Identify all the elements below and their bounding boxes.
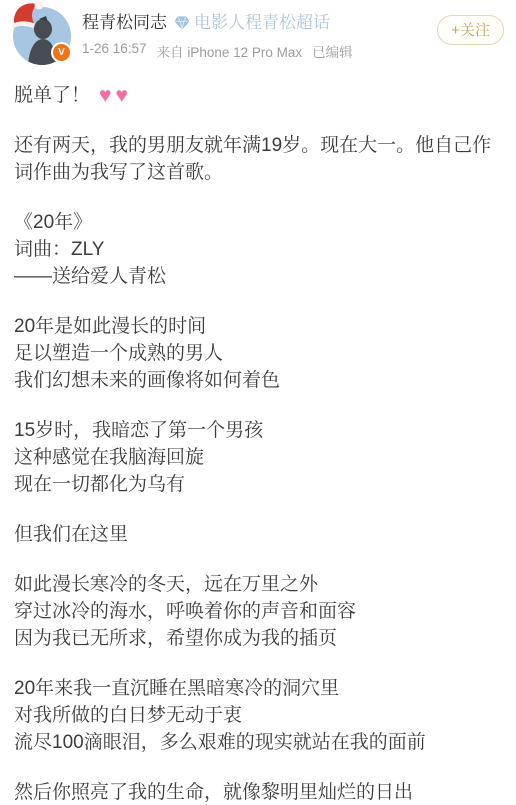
- verified-badge-icon: V: [51, 42, 72, 63]
- avatar[interactable]: V: [12, 6, 72, 66]
- post-header: V 程青松同志 电影人程青松超话 1-26 16:57 来自 iPhone 12…: [0, 0, 516, 70]
- post-paragraphs: 还有两天，我的男朋友就年满19岁。现在大一。他自己作词作曲为我写了这首歌。《20…: [14, 132, 502, 805]
- timestamp: 1-26 16:57: [82, 41, 147, 61]
- post-paragraph: 20年来我一直沉睡在黑暗寒冷的洞穴里 对我所做的白日梦无动于衷 流尽100滴眼泪…: [14, 675, 502, 756]
- source-device: 来自 iPhone 12 Pro Max: [157, 41, 303, 61]
- post-paragraph: 如此漫长寒冷的冬天，远在万里之外 穿过冰冷的海水，呼唤着你的声音和面容 因为我已…: [14, 571, 502, 652]
- post-paragraph: 15岁时，我暗恋了第一个男孩 这种感觉在我脑海回旋 现在一切都化为乌有: [14, 417, 502, 498]
- post-paragraph: 《20年》 词曲：ZLY ——送给爱人青松: [14, 209, 502, 290]
- edited-label: 已编辑: [312, 41, 353, 61]
- santa-hat-icon: [7, 0, 51, 29]
- username[interactable]: 程青松同志: [82, 12, 167, 34]
- supertopic-link[interactable]: 电影人程青松超话: [194, 12, 330, 34]
- post-content: 脱单了！ ♥♥ 还有两天，我的男朋友就年满19岁。现在大一。他自己作词作曲为我写…: [0, 70, 516, 805]
- supertopic-diamond-icon: [174, 16, 190, 30]
- post-first-line: 脱单了！ ♥♥: [14, 82, 502, 109]
- opening-text: 脱单了！: [14, 82, 90, 109]
- post-paragraph: 还有两天，我的男朋友就年满19岁。现在大一。他自己作词作曲为我写了这首歌。: [14, 132, 502, 186]
- heart-emoji: ♥♥: [99, 85, 132, 106]
- weibo-post: V 程青松同志 电影人程青松超话 1-26 16:57 来自 iPhone 12…: [0, 0, 516, 805]
- follow-button[interactable]: +关注: [437, 15, 504, 45]
- post-paragraph: 然后你照亮了我的生命，就像黎明里灿烂的日出: [14, 779, 502, 805]
- post-paragraph: 20年是如此漫长的时间 足以塑造一个成熟的男人 我们幻想未来的画像将如何着色: [14, 313, 502, 394]
- post-paragraph: 但我们在这里: [14, 521, 502, 548]
